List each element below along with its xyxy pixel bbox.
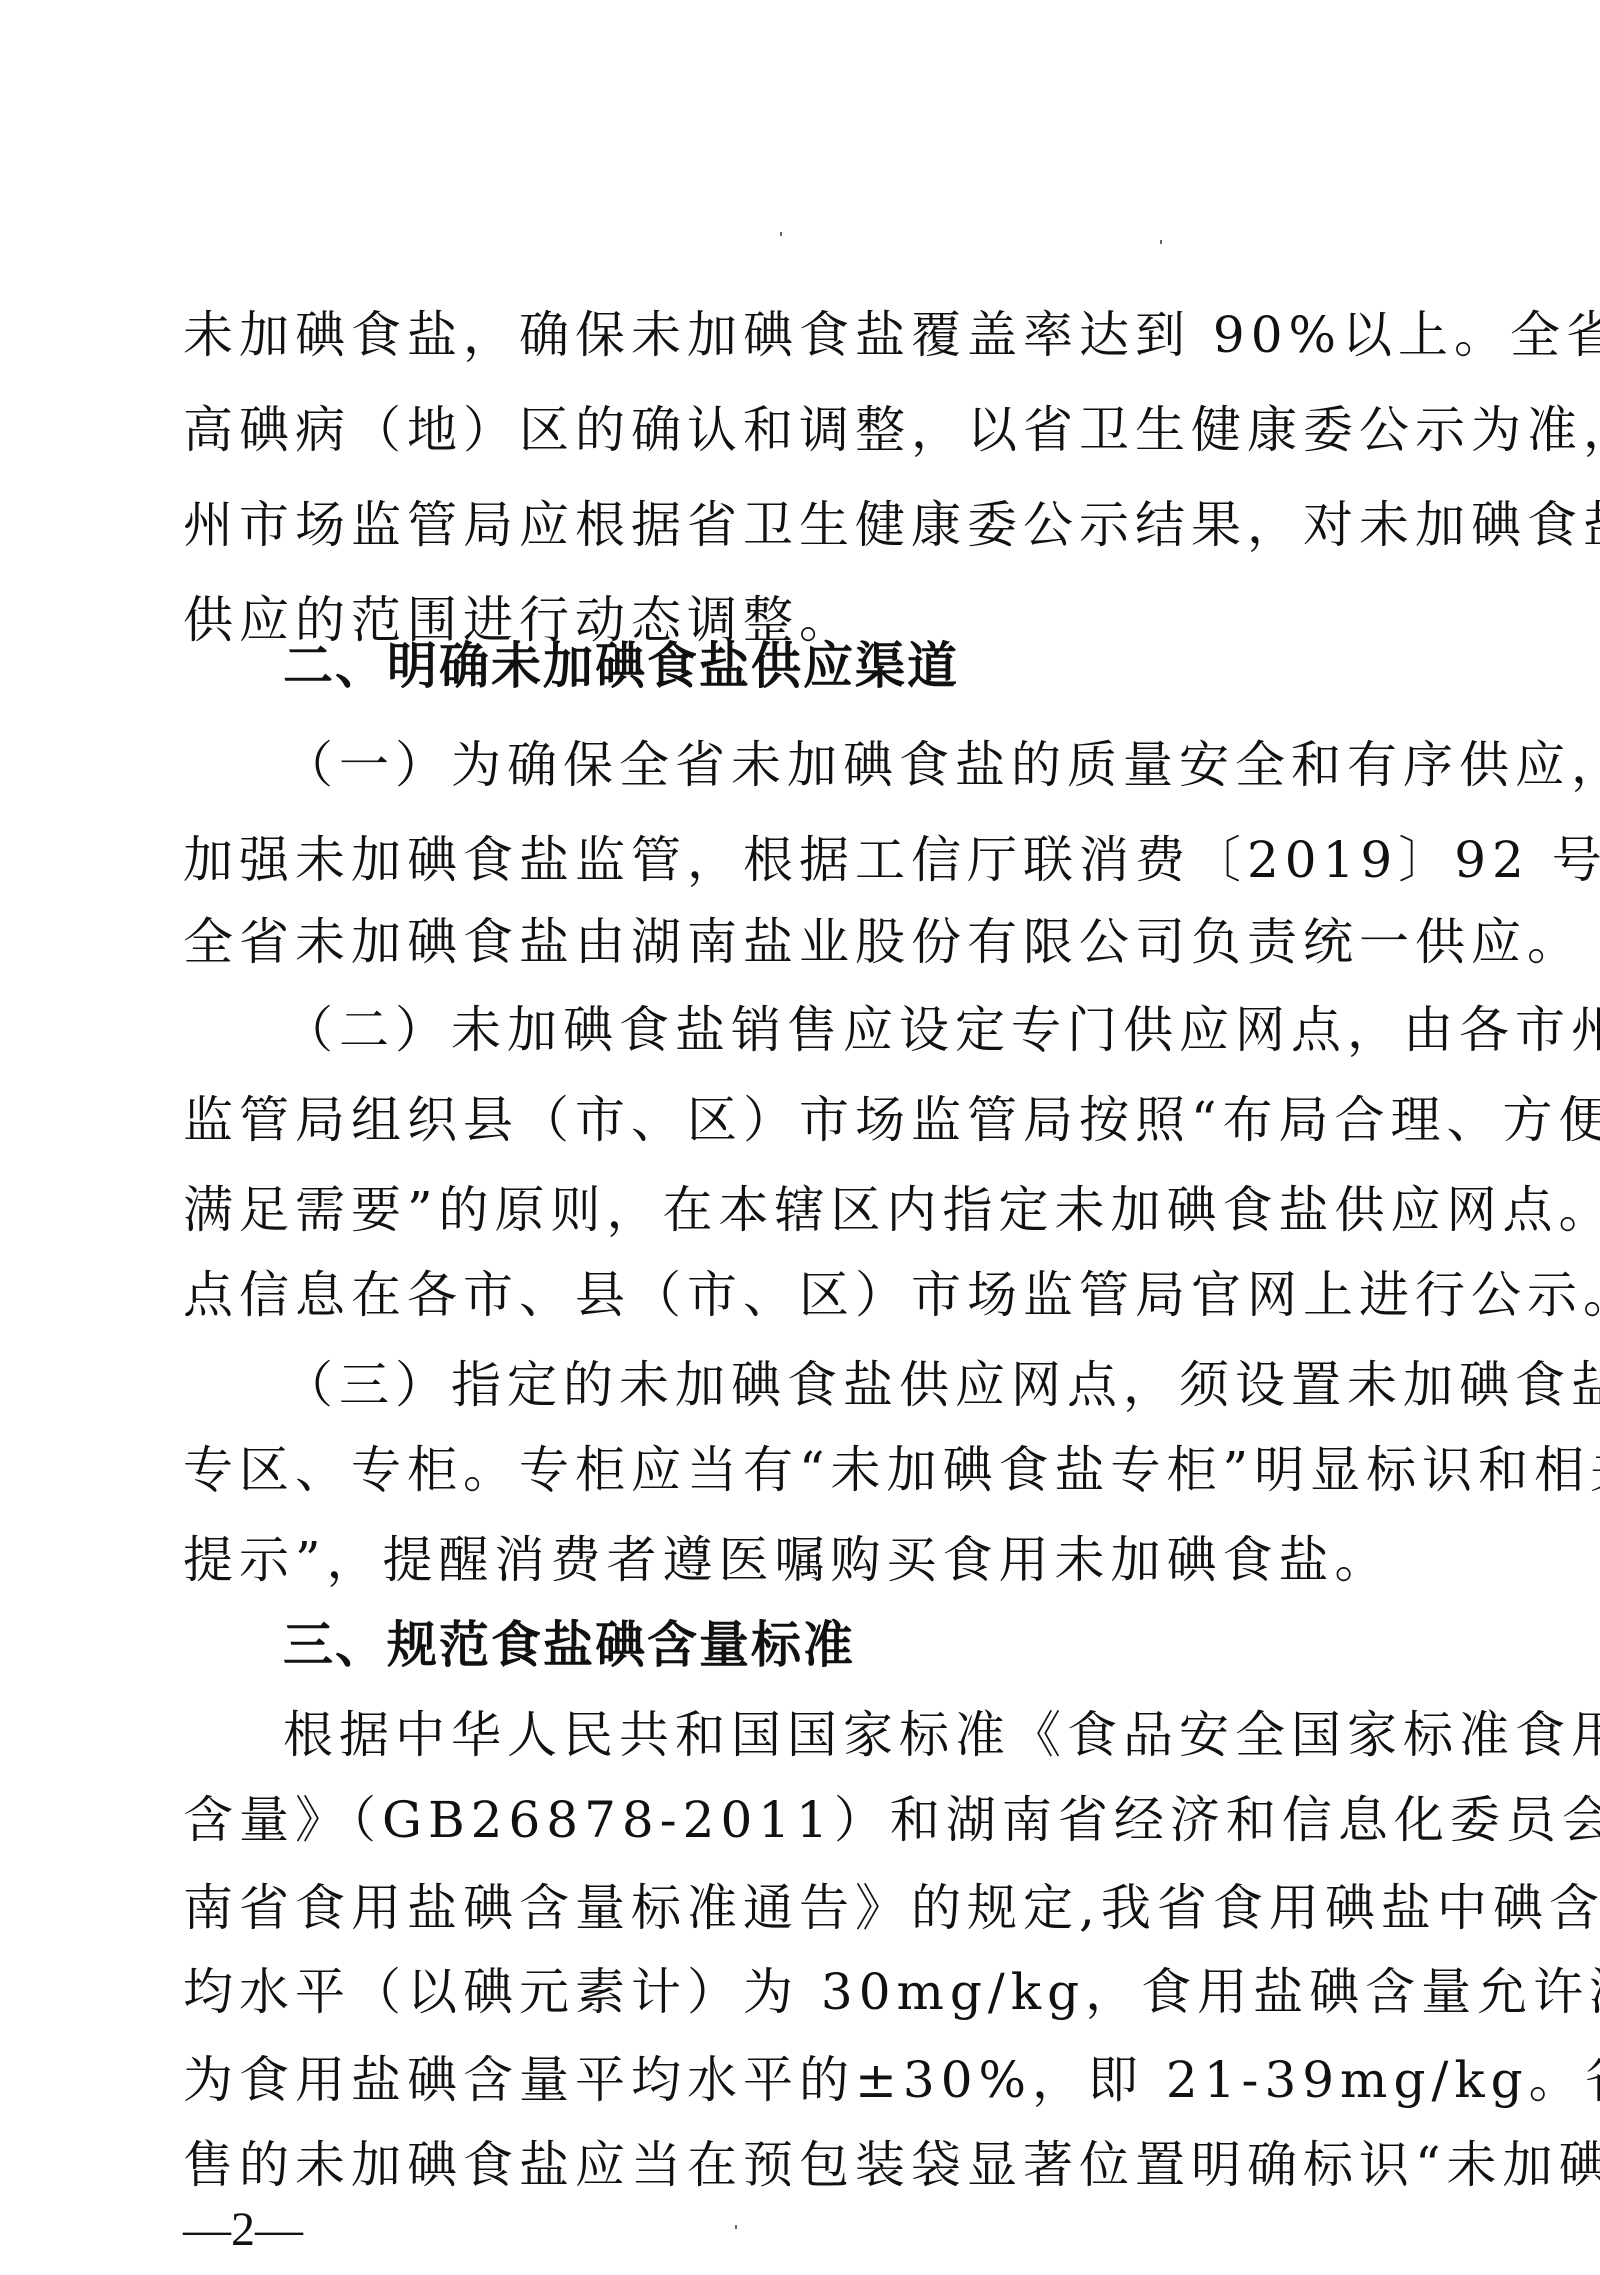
- paragraph-line: 点信息在各市、县（市、区）市场监管局官网上进行公示。: [183, 1265, 1413, 1325]
- paragraph-line: （二）未加碘食盐销售应设定专门供应网点，由各市州市场: [283, 1000, 1413, 1060]
- paragraph-line: 高碘病（地）区的确认和调整，以省卫生健康委公示为准，各市: [183, 400, 1413, 460]
- paragraph-line: 均水平（以碘元素计）为 30mg/kg，食用盐碘含量允许波动范围: [183, 1962, 1413, 2022]
- document-page: 未加碘食盐，确保未加碘食盐覆盖率达到 90%以上。全省水源性 高碘病（地）区的确…: [0, 0, 1600, 2275]
- paragraph-line: 未加碘食盐，确保未加碘食盐覆盖率达到 90%以上。全省水源性: [183, 305, 1413, 365]
- paragraph-line: （一）为确保全省未加碘食盐的质量安全和有序供应，切实: [283, 735, 1413, 795]
- paragraph-line: 含量》（GB26878-2011）和湖南省经济和信息化委员会《关于湖: [183, 1790, 1413, 1850]
- paragraph-line: 南省食用盐碘含量标准通告》的规定,我省食用碘盐中碘含量的平: [183, 1878, 1413, 1938]
- paragraph-line: 加强未加碘食盐监管，根据工信厅联消费〔2019〕92 号通知规定，: [183, 830, 1413, 890]
- page-number: —2—: [183, 2200, 303, 2260]
- paragraph-line: 满足需要”的原则，在本辖区内指定未加碘食盐供应网点。供应网: [183, 1180, 1413, 1240]
- paragraph-line: 提示”，提醒消费者遵医嘱购买食用未加碘食盐。: [183, 1530, 1413, 1590]
- paragraph-line: 售的未加碘食盐应当在预包装袋显著位置明确标识“未加碘”字: [183, 2135, 1413, 2195]
- section-heading-3: 三、规范食盐碘含量标准: [283, 1615, 1413, 1675]
- paragraph-line: 全省未加碘食盐由湖南盐业股份有限公司负责统一供应。: [183, 912, 1413, 972]
- paragraph-line: 根据中华人民共和国国家标准《食品安全国家标准食用盐碘: [283, 1705, 1413, 1765]
- scan-speck: [1160, 240, 1162, 244]
- paragraph-line: 为食用盐碘含量平均水平的±30%，即 21-39mg/kg。省内供应销: [183, 2050, 1413, 2110]
- paragraph-line: 州市场监管局应根据省卫生健康委公示结果，对未加碘食盐集中: [183, 495, 1413, 555]
- scan-speck: [735, 2225, 737, 2229]
- paragraph-line: （三）指定的未加碘食盐供应网点，须设置未加碘食盐销售: [283, 1355, 1413, 1415]
- section-heading-2: 二、明确未加碘食盐供应渠道: [283, 636, 1413, 696]
- paragraph-line: 监管局组织县（市、区）市场监管局按照“布局合理、方便群众、: [183, 1090, 1413, 1150]
- paragraph-line: 专区、专柜。专柜应当有“未加碘食盐专柜”明显标识和相关“消费: [183, 1440, 1413, 1500]
- scan-speck: [780, 232, 782, 236]
